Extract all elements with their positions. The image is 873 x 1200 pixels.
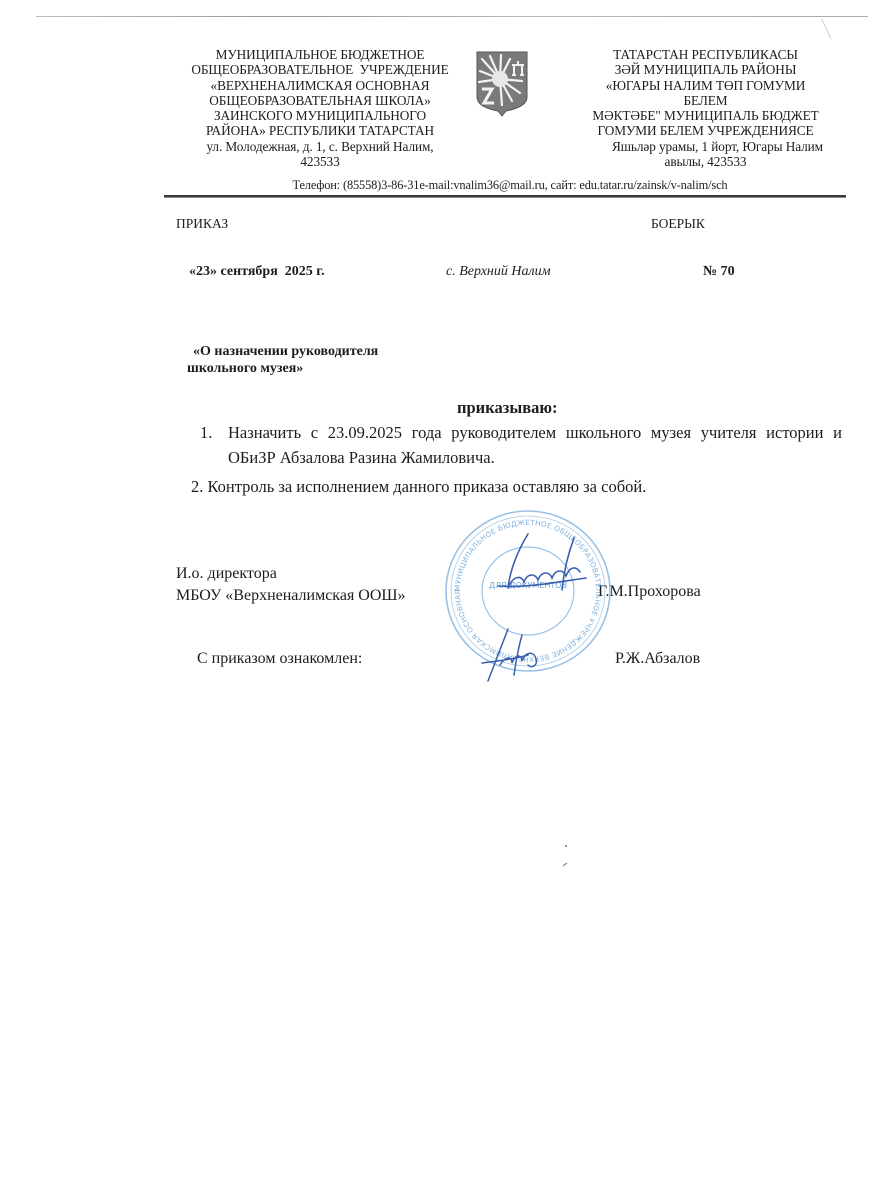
letterhead-ru-line: ОБЩЕОБРАЗОВАТЕЛЬНОЕ УЧРЕЖДЕНИЕ [170,62,470,77]
order-number: № 70 [703,264,735,280]
scan-edge-line [36,16,868,17]
order-item-text: Назначить с 23.09.2025 года руководителе… [228,420,842,470]
acknowledged-name: Р.Ж.Абзалов [615,650,700,668]
order-subject-line: «О назначении руководителя [187,343,378,360]
letterhead-ru: МУНИЦИПАЛЬНОЕ БЮДЖЕТНОЕ ОБЩЕОБРАЗОВАТЕЛЬ… [170,47,470,169]
letterhead-tt-line: ГОМУМИ БЕЛЕМ УЧРЕЖДЕНИЯСЕ [583,123,828,138]
scan-specks [560,842,572,872]
order-item-number: 1. [200,420,212,445]
letterhead-ru-address: ул. Молодежная, д. 1, с. Верхний Налим, [170,139,470,154]
coat-of-arms-icon [476,51,528,117]
order-item: 1. Назначить с 23.09.2025 года руководит… [200,420,842,470]
order-item: 2. Контроль за исполнением данного прика… [191,474,646,499]
letterhead-tt-line: МӘКТӘБЕ" МУНИЦИПАЛЬ БЮДЖЕТ [583,108,828,123]
director-name: Г.М.Прохорова [598,583,701,601]
order-subject: «О назначении руководителя школьного муз… [187,343,378,377]
letterhead-tt-line: ЗӘЙ МУНИЦИПАЛЬ РАЙОНЫ [583,62,828,77]
signatory-position: И.о. директора [176,563,406,585]
letterhead-tt-line: ТАТАРСТАН РЕСПУБЛИКАСЫ [583,47,828,62]
letterhead-ru-postcode: 423533 [170,154,470,169]
contact-line: Телефон: (85558)3-86-31e-mail:vnalim36@m… [160,178,860,192]
director-signature [488,530,588,602]
letterhead-tt-line: «ЮГАРЫ НАЛИМ ТӨП ГОМУМИ БЕЛЕМ [583,78,828,109]
decree-word: приказываю: [457,398,557,418]
employee-signature [478,625,548,685]
letterhead-ru-line: «ВЕРХНЕНАЛИМСКАЯ ОСНОВНАЯ [170,78,470,93]
letterhead-ru-line: ЗАИНСКОГО МУНИЦИПАЛЬНОГО [170,108,470,123]
signatory-title: И.о. директора МБОУ «Верхненалимская ООШ… [176,563,406,607]
document-type-tt: БОЕРЫК [651,216,705,232]
letterhead-ru-line: РАЙОНА» РЕСПУБЛИКИ ТАТАРСТАН [170,123,470,138]
order-item-number: 2. [191,477,203,496]
order-item-text: Контроль за исполнением данного приказа … [208,477,647,496]
letterhead-ru-line: ОБЩЕОБРАЗОВАТЕЛЬНАЯ ШКОЛА» [170,93,470,108]
document-type-ru: ПРИКАЗ [176,216,228,232]
letterhead-ru-line: МУНИЦИПАЛЬНОЕ БЮДЖЕТНОЕ [170,47,470,62]
letterhead-divider [164,195,846,197]
acknowledgement-label: С приказом ознакомлен: [197,650,362,668]
scan-artifact [821,19,831,39]
letterhead-tt-postcode: авылы, 423533 [583,154,828,169]
letterhead-tt-address: Яшьләр урамы, 1 йорт, Югары Налим [583,139,828,154]
order-subject-line: школьного музея» [187,360,378,377]
letterhead-tt: ТАТАРСТАН РЕСПУБЛИКАСЫ ЗӘЙ МУНИЦИПАЛЬ РА… [583,47,828,169]
order-date: «23» сентября 2025 г. [189,264,325,280]
order-place: с. Верхний Налим [446,264,551,280]
signatory-organization: МБОУ «Верхненалимская ООШ» [176,585,406,607]
